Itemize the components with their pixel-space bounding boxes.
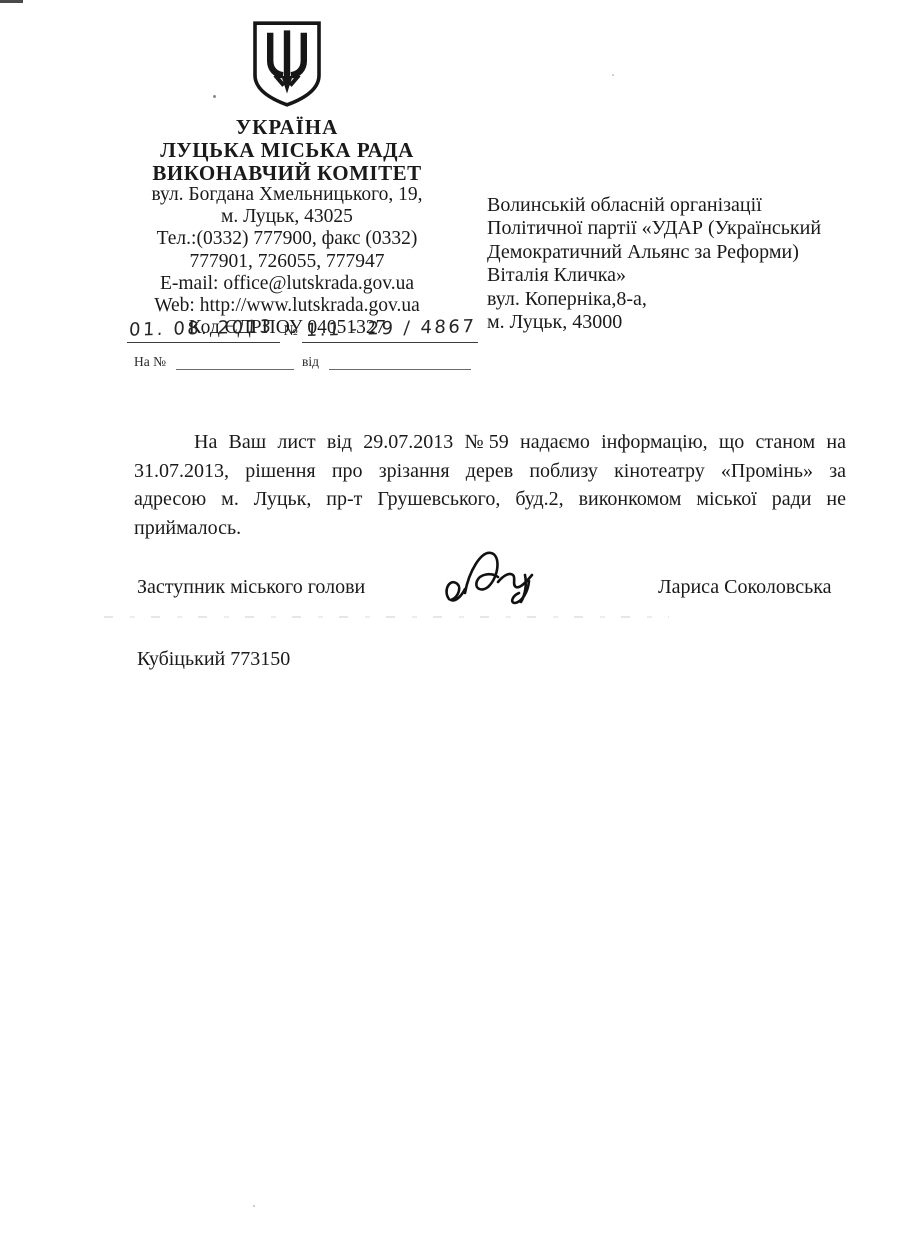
letterhead-email: E-mail: office@lutskrada.gov.ua [100,273,474,295]
handwritten-signature-icon [437,545,555,615]
registration-date-field: 01. 08. 2013 [127,318,280,343]
blank-underline [329,357,471,370]
body-line: На Ваш лист від 29.07.2013 №59 надаємо і… [134,428,846,457]
signer-title: Заступник міського голови [137,576,365,599]
registration-number-field: 1.1 - 29 / 4867 [302,318,478,343]
blank-underline [176,357,294,370]
body-line: 31.07.2013, рішення про зрізання дерев п… [134,457,846,486]
handwritten-date: 01. 08. 2013 [129,316,274,340]
letterhead-org-committee: ВИКОНАВЧИЙ КОМІТЕТ [100,162,474,185]
scan-speck [612,74,614,76]
letterhead: УКРАЇНА ЛУЦЬКА МІСЬКА РАДА ВИКОНАВЧИЙ КО… [100,8,474,339]
letterhead-city: м. Луцьк, 43025 [100,206,474,228]
reply-reference-line: На № від [134,354,471,370]
recipient-line: Волинській обласній організації [487,194,887,217]
recipient-line: Політичної партії «УДАР (Український [487,217,887,240]
scan-edge-artifact [0,0,23,3]
letterhead-country: УКРАЇНА [100,116,474,139]
reply-no-label: На № [134,354,166,370]
recipient-line: м. Луцьк, 43000 [487,311,887,334]
executor-contact: Кубіцький 773150 [137,648,290,671]
ukraine-trident-shield-icon [247,16,327,112]
scan-speck [253,1205,255,1207]
number-sign: № [280,323,302,343]
body-line: адресою м. Луцьк, пр-т Грушевського, буд… [134,485,846,514]
letterhead-web: Web: http://www.lutskrada.gov.ua [100,295,474,317]
reply-from-label: від [302,354,319,370]
recipient-line: Віталія Кличка» [487,264,887,287]
body-line: приймалось. [134,514,846,543]
fold-line-artifact [104,616,669,618]
signer-name: Лариса Соколовська [658,576,832,599]
recipient-line: вул. Коперніка,8-а, [487,288,887,311]
handwritten-number: 1.1 - 29 / 4867 [305,316,476,341]
recipient-line: Демократичний Альянс за Реформи) [487,241,887,264]
letterhead-phone-1: Тел.:(0332) 777900, факс (0332) [100,228,474,250]
scanned-letter-page: УКРАЇНА ЛУЦЬКА МІСЬКА РАДА ВИКОНАВЧИЙ КО… [0,0,900,1238]
letterhead-org-name: ЛУЦЬКА МІСЬКА РАДА [100,139,474,162]
letterhead-street: вул. Богдана Хмельницького, 19, [100,184,474,206]
letter-body: На Ваш лист від 29.07.2013 №59 надаємо і… [134,428,846,542]
letterhead-phone-2: 777901, 726055, 777947 [100,251,474,273]
registration-line: 01. 08. 2013 № 1.1 - 29 / 4867 [127,318,442,343]
recipient-address-block: Волинській обласній організації Політичн… [487,194,887,334]
